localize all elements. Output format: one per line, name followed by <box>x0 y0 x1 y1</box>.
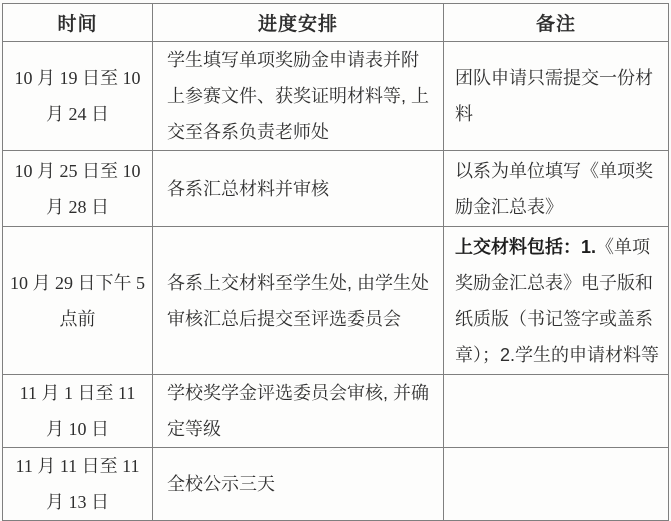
time-cell: 11 月 1 日至 11 月 10 日 <box>3 375 153 448</box>
table-row: 11 月 11 日至 11 月 13 日 全校公示三天 <box>3 448 669 517</box>
schedule-cell: 各系上交材料至学生处, 由学生处审核汇总后提交至评选委员会 <box>153 227 444 375</box>
col-header-time: 时间 <box>3 4 153 42</box>
remark-cell: 以系为单位填写《单项奖励金汇总表》 <box>444 151 669 227</box>
col-header-remark: 备注 <box>444 4 669 42</box>
schedule-cell: 各系汇总材料并审核 <box>153 151 444 227</box>
schedule-table: 时间 进度安排 备注 10 月 19 日至 10 月 24 日 学生填写单项奖励… <box>2 3 669 516</box>
schedule-cell: 全校公示三天 <box>153 448 444 517</box>
schedule-cell: 学生填写单项奖励金申请表并附上参赛文件、获奖证明材料等, 上交至各系负责老师处 <box>153 42 444 151</box>
time-cell: 10 月 25 日至 10 月 28 日 <box>3 151 153 227</box>
table-row: 10 月 29 日下午 5 点前 各系上交材料至学生处, 由学生处审核汇总后提交… <box>3 227 669 375</box>
col-header-schedule: 进度安排 <box>153 4 444 42</box>
table-row: 11 月 1 日至 11 月 10 日 学校奖学金评选委员会审核, 并确定等级 <box>3 375 669 448</box>
table-row: 10 月 19 日至 10 月 24 日 学生填写单项奖励金申请表并附上参赛文件… <box>3 42 669 151</box>
schedule-cell: 学校奖学金评选委员会审核, 并确定等级 <box>153 375 444 448</box>
remark-bold-text: 上交材料包括：1. <box>455 237 596 257</box>
remark-cell <box>444 448 669 517</box>
header-row: 时间 进度安排 备注 <box>3 4 669 42</box>
remark-cell: 上交材料包括：1.《单项奖励金汇总表》电子版和纸质版（书记签字或盖系章）；2.学… <box>444 227 669 375</box>
time-cell: 11 月 11 日至 11 月 13 日 <box>3 448 153 517</box>
remark-cell: 团队申请只需提交一份材料 <box>444 42 669 151</box>
schedule-table-container: 时间 进度安排 备注 10 月 19 日至 10 月 24 日 学生填写单项奖励… <box>2 3 669 516</box>
time-cell: 10 月 19 日至 10 月 24 日 <box>3 42 153 151</box>
table-row: 10 月 25 日至 10 月 28 日 各系汇总材料并审核 以系为单位填写《单… <box>3 151 669 227</box>
time-cell: 10 月 29 日下午 5 点前 <box>3 227 153 375</box>
remark-cell <box>444 375 669 448</box>
